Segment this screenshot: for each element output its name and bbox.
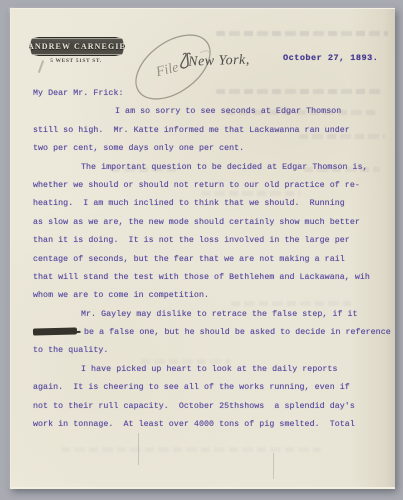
letter-line: than it is doing. It is not the loss inv… <box>33 232 383 250</box>
bleed-through-mark <box>231 301 351 306</box>
letter-line: work in tonnage. At least over 4000 tons… <box>33 416 383 434</box>
letterhead-name: ANDREW CARNEGIE <box>28 42 126 51</box>
script-flourish-icon: ⟅⟆ <box>179 51 187 70</box>
bleed-through-mark <box>216 89 381 94</box>
letterhead-badge: ANDREW CARNEGIE <box>29 37 125 56</box>
stray-pencil-mark <box>138 433 139 465</box>
city-script: ⟅⟆New York, <box>179 47 298 77</box>
bleed-through-mark <box>61 447 321 452</box>
date-line: October 27, 1893. <box>283 53 378 63</box>
bleed-through-mark <box>141 359 231 364</box>
letter-line: two per cent, some days only one per cen… <box>33 140 383 158</box>
letter-line: Mr. Gayley may dislike to retrace the fa… <box>33 306 383 324</box>
letter-line: be a false one, but he should be asked t… <box>33 324 383 342</box>
bleed-through-mark <box>226 110 376 115</box>
bleed-through-mark <box>216 31 388 36</box>
salutation: My Dear Mr. Frick: <box>33 85 383 103</box>
letter-line: not to their rull capacity. October 25th… <box>33 398 383 416</box>
bleed-through-mark <box>111 167 181 172</box>
scanned-letter-photo: { "colors": { "backdrop": "#a9abb2", "pa… <box>0 0 403 500</box>
stray-pencil-mark <box>273 453 274 479</box>
file-annotation-text: File <box>154 60 180 80</box>
letter-line: as slow as we are, the new mode should c… <box>33 214 383 232</box>
letter-line: again. It is cheering to see all of the … <box>33 379 383 397</box>
city-script-text: New York, <box>188 53 250 70</box>
letter-line: that will stand the test with those of B… <box>33 269 383 287</box>
letter-line: heating. I am much inclined to think tha… <box>33 195 383 213</box>
letter-paper: ANDREW CARNEGIE 5 WEST 51ST ST. File ⟅⟆N… <box>10 8 395 489</box>
bleed-through-mark <box>201 191 301 196</box>
letter-line: centage of seconds, but the fear that we… <box>33 251 383 269</box>
bleed-through-mark <box>299 134 385 139</box>
struck-out-word <box>33 328 77 336</box>
bleed-through-mark <box>304 167 380 172</box>
